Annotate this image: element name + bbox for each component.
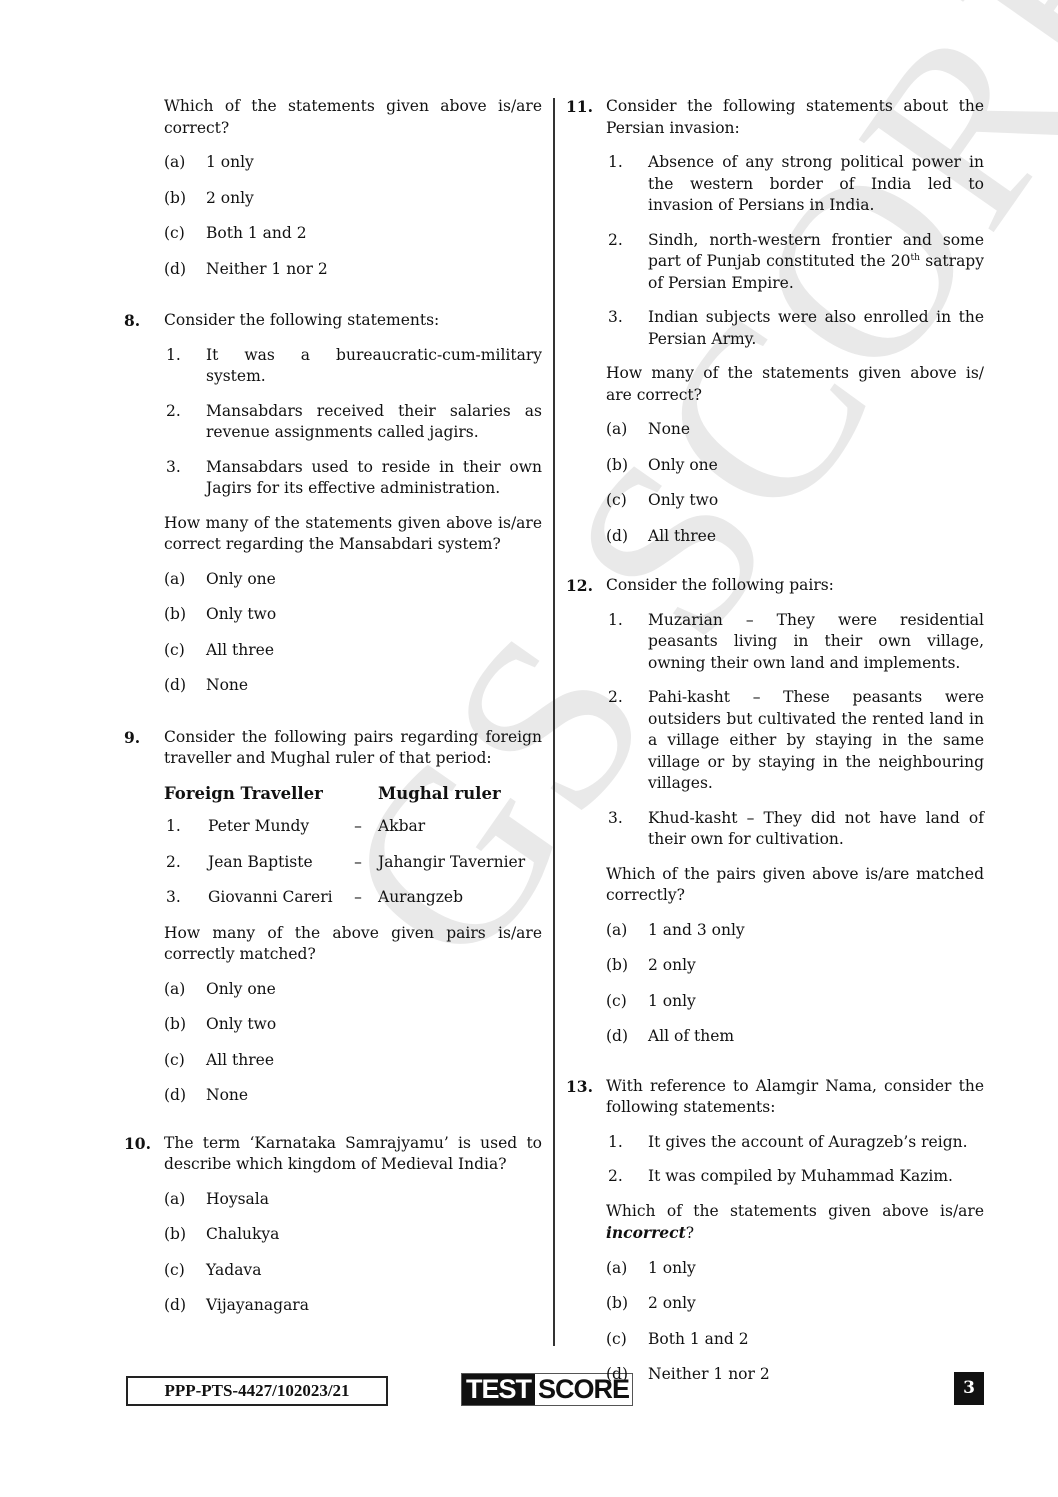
- question-stem: Consider the following pairs regarding f…: [164, 727, 542, 770]
- option-b[interactable]: (b)Only two: [164, 604, 542, 626]
- pair-statement: 1.Muzarian – They were residential peasa…: [606, 610, 984, 675]
- question-10: 10. The term ‘Karnataka Samrajyamu’ is u…: [124, 1133, 542, 1317]
- option-d[interactable]: (d)None: [164, 1085, 542, 1107]
- pair-row: 3.Giovanni Careri–Aurangzeb: [164, 887, 542, 909]
- option-d[interactable]: (d)Vijayanagara: [164, 1295, 542, 1317]
- option-d[interactable]: (d)None: [164, 675, 542, 697]
- question-number: 9.: [124, 727, 140, 749]
- option-a[interactable]: (a)Only one: [164, 569, 542, 591]
- pair-statement: 2.Pahi-kasht – These peasants were outsi…: [606, 687, 984, 795]
- pair-row: 1.Peter Mundy–Akbar: [164, 816, 542, 838]
- option-d[interactable]: (d)All three: [606, 526, 984, 548]
- question-stem: The term ‘Karnataka Samrajyamu’ is used …: [164, 1133, 542, 1176]
- option-c[interactable]: (c)Both 1 and 2: [606, 1329, 984, 1351]
- left-column: Which of the statements given above is/a…: [124, 96, 542, 1341]
- option-c[interactable]: (c)All three: [164, 640, 542, 662]
- option-d[interactable]: (d)Neither 1 nor 2: [164, 259, 542, 281]
- question-ask: Which of the statements given above is/a…: [606, 1201, 984, 1245]
- question-number: 10.: [124, 1133, 151, 1155]
- question-9: 9. Consider the following pairs regardin…: [124, 727, 542, 1107]
- question-number: 11.: [566, 96, 593, 118]
- question-ask: How many of the statements given above i…: [164, 513, 542, 556]
- question-ask: Which of the pairs given above is/are ma…: [606, 864, 984, 907]
- statement: 2.It was compiled by Muhammad Kazim.: [606, 1166, 984, 1188]
- pair-row: 2.Jean Baptiste–Jahangir Tavernier: [164, 852, 542, 874]
- option-b[interactable]: (b)Only two: [164, 1014, 542, 1036]
- option-c[interactable]: (c)Yadava: [164, 1260, 542, 1282]
- question-number: 12.: [566, 575, 593, 597]
- question-stem: With reference to Alamgir Nama, consider…: [606, 1076, 984, 1119]
- question-11: 11. Consider the following statements ab…: [566, 96, 984, 547]
- statement: 3.Mansabdars used to reside in their own…: [164, 457, 542, 500]
- question-ask: How many of the above given pairs is/are…: [164, 923, 542, 966]
- statement: 2.Mansabdars received their salaries as …: [164, 401, 542, 444]
- option-b[interactable]: (b)2 only: [606, 955, 984, 977]
- question-stem: Consider the following statements:: [164, 310, 542, 332]
- question-number: 13.: [566, 1076, 593, 1098]
- pair-statement: 3.Khud-kasht – They did not have land of…: [606, 808, 984, 851]
- question-12: 12. Consider the following pairs: 1.Muza…: [566, 575, 984, 1048]
- option-c[interactable]: (c)1 only: [606, 991, 984, 1013]
- option-a[interactable]: (a)Only one: [164, 979, 542, 1001]
- option-a[interactable]: (a)1 only: [164, 152, 542, 174]
- question-number: 8.: [124, 310, 140, 332]
- option-c[interactable]: (c)Both 1 and 2: [164, 223, 542, 245]
- option-b[interactable]: (b)2 only: [606, 1293, 984, 1315]
- question-13: 13. With reference to Alamgir Nama, cons…: [566, 1076, 984, 1386]
- question-ask: Which of the statements given above is/a…: [164, 96, 542, 139]
- option-c[interactable]: (c)All three: [164, 1050, 542, 1072]
- option-a[interactable]: (a)None: [606, 419, 984, 441]
- pairs-table-header: Foreign Traveller Mughal ruler: [164, 783, 542, 805]
- statement: 1.Absence of any strong political power …: [606, 152, 984, 217]
- statement: 1.It was a bureaucratic-cum-military sys…: [164, 345, 542, 388]
- option-d[interactable]: (d)All of them: [606, 1026, 984, 1048]
- statement: 3.Indian subjects were also enrolled in …: [606, 307, 984, 350]
- question-ask: How many of the statements given above i…: [606, 363, 984, 406]
- right-column: 11. Consider the following statements ab…: [566, 96, 984, 1410]
- option-b[interactable]: (b)Chalukya: [164, 1224, 542, 1246]
- option-a[interactable]: (a)1 and 3 only: [606, 920, 984, 942]
- question-8: 8. Consider the following statements: 1.…: [124, 310, 542, 697]
- question-7-tail: Which of the statements given above is/a…: [124, 96, 542, 280]
- paper-code: PPP-PTS-4427/102023/21: [126, 1376, 388, 1406]
- option-d[interactable]: (d)Neither 1 nor 2: [606, 1364, 984, 1386]
- option-a[interactable]: (a)1 only: [606, 1258, 984, 1280]
- option-a[interactable]: (a)Hoysala: [164, 1189, 542, 1211]
- question-stem: Consider the following pairs:: [606, 575, 984, 597]
- column-divider: [553, 98, 555, 1346]
- statement: 2.Sindh, north-western frontier and some…: [606, 230, 984, 295]
- statement: 1.It gives the account of Auragzeb’s rei…: [606, 1132, 984, 1154]
- question-stem: Consider the following statements about …: [606, 96, 984, 139]
- option-c[interactable]: (c)Only two: [606, 490, 984, 512]
- option-b[interactable]: (b)Only one: [606, 455, 984, 477]
- emphasis-incorrect: incorrect: [606, 1223, 686, 1242]
- option-b[interactable]: (b)2 only: [164, 188, 542, 210]
